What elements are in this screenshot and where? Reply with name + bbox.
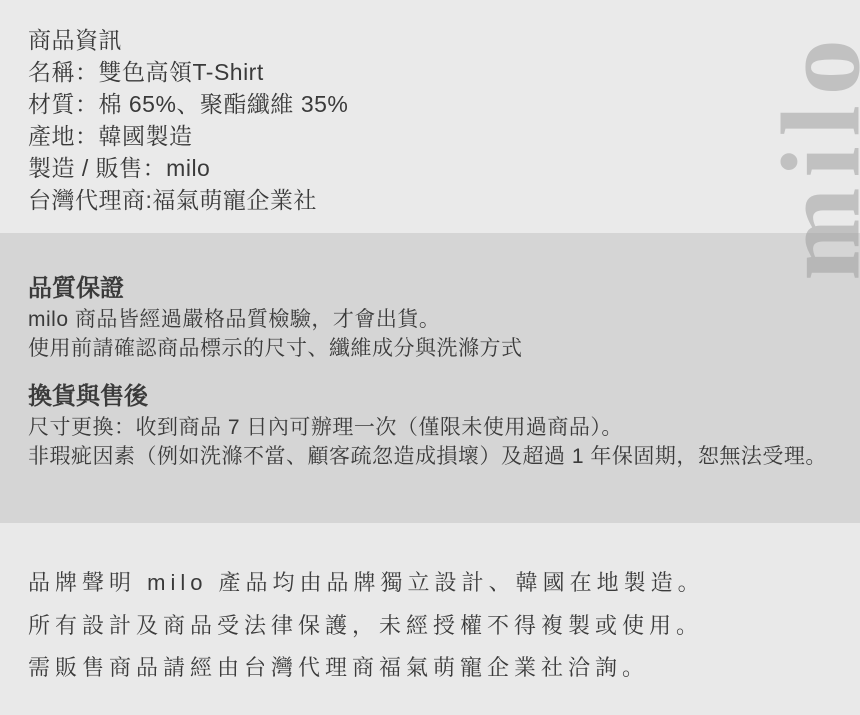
product-name-row: 名稱：雙色高領T-Shirt [28, 56, 860, 88]
aftersales-line: 尺寸更換：收到商品 7 日內可辦理一次（僅限未使用過商品）。 [28, 413, 860, 442]
product-info-title: 商品資訊 [28, 24, 860, 56]
brand-statement-line: 需販售商品請經由台灣代理商福氣萌寵企業社洽詢。 [28, 647, 860, 690]
policy-section: 品質保證 milo 商品皆經過嚴格品質檢驗，才會出貨。 使用前請確認商品標示的尺… [0, 233, 860, 523]
aftersales-line: 非瑕疵因素（例如洗滌不當、顧客疏忽造成損壞）及超過 1 年保固期，恕無法受理。 [28, 442, 860, 471]
product-info-page: 商品資訊 名稱：雙色高領T-Shirt 材質：棉 65%、聚酯纖維 35% 產地… [0, 0, 860, 715]
brand-statement-section: 品牌聲明 milo 產品均由品牌獨立設計、韓國在地製造。 所有設計及商品受法律保… [0, 523, 860, 715]
quality-line: milo 商品皆經過嚴格品質檢驗，才會出貨。 [28, 305, 860, 334]
product-maker-row: 製造 / 販售：milo [28, 152, 860, 184]
quality-heading: 品質保證 [28, 273, 860, 305]
brand-statement-line: 所有設計及商品受法律保護，未經授權不得複製或使用。 [28, 605, 860, 648]
product-material-row: 材質：棉 65%、聚酯纖維 35% [28, 88, 860, 120]
product-info-section: 商品資訊 名稱：雙色高領T-Shirt 材質：棉 65%、聚酯纖維 35% 產地… [0, 0, 860, 233]
aftersales-heading: 換貨與售後 [28, 381, 860, 413]
quality-line: 使用前請確認商品標示的尺寸、纖維成分與洗滌方式 [28, 334, 860, 363]
product-agent-row: 台灣代理商:福氣萌寵企業社 [28, 184, 860, 216]
product-origin-row: 產地：韓國製造 [28, 120, 860, 152]
brand-statement-line: 品牌聲明 milo 產品均由品牌獨立設計、韓國在地製造。 [28, 562, 860, 605]
